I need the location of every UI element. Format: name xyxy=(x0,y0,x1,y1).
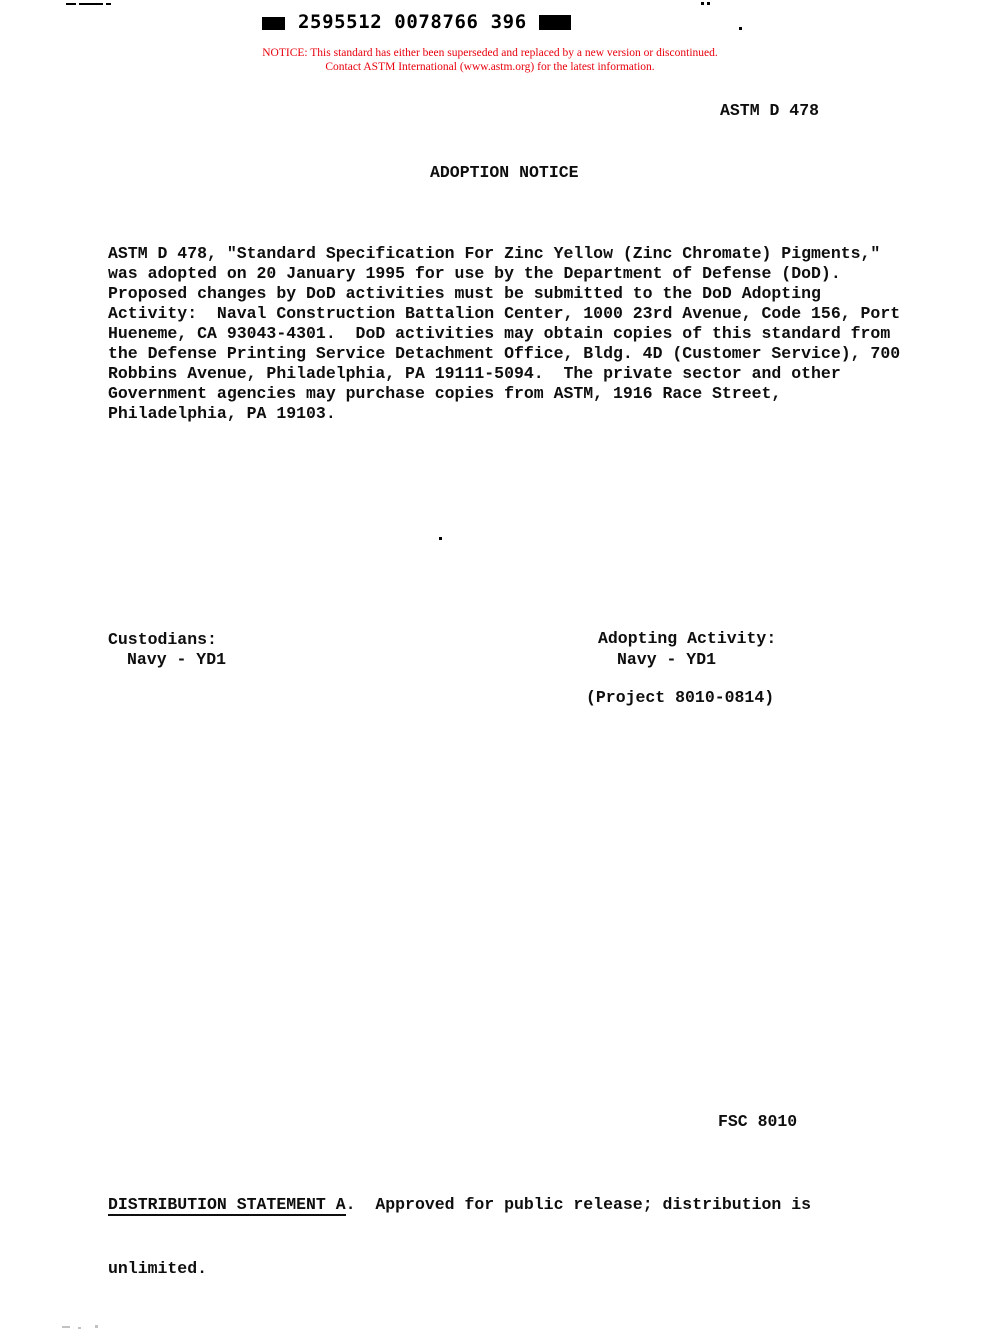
custodians-label: Custodians: xyxy=(108,630,217,650)
adopting-activity-label: Adopting Activity: xyxy=(598,629,776,649)
scan-artifact-dot xyxy=(439,537,442,540)
scan-code-right-block xyxy=(539,15,571,30)
fsc-code: FSC 8010 xyxy=(718,1112,797,1132)
distribution-statement-title: DISTRIBUTION STATEMENT A xyxy=(108,1195,346,1216)
body-paragraph: ASTM D 478, "Standard Specification For … xyxy=(108,244,938,424)
scan-artifact-dot xyxy=(62,1326,70,1328)
distribution-statement-rest: . Approved for public release; distribut… xyxy=(346,1195,811,1214)
scan-artifact-dot xyxy=(701,2,704,5)
superseded-notice-line1: NOTICE: This standard has either been su… xyxy=(170,46,810,60)
scan-artifact-dot xyxy=(78,1327,81,1329)
scan-code-left-block xyxy=(262,17,285,30)
superseded-notice: NOTICE: This standard has either been su… xyxy=(170,46,810,74)
scan-artifact-dot xyxy=(707,2,710,5)
scan-artifact-dot xyxy=(95,1325,98,1328)
custodians-value: Navy - YD1 xyxy=(127,650,226,670)
distribution-statement: DISTRIBUTION STATEMENT A. Approved for p… xyxy=(108,1152,811,1321)
scan-artifact-dot xyxy=(739,27,742,30)
scan-artifact-dashes xyxy=(66,3,114,21)
doc-number: ASTM D 478 xyxy=(720,101,819,121)
document-page: 2595512 0078766 396 NOTICE: This standar… xyxy=(0,0,1006,1336)
distribution-statement-line2: unlimited. xyxy=(108,1258,811,1279)
adopting-activity-value: Navy - YD1 xyxy=(617,650,716,670)
page-title: ADOPTION NOTICE xyxy=(430,163,579,183)
superseded-notice-line2: Contact ASTM International (www.astm.org… xyxy=(170,60,810,74)
scan-code-number: 2595512 0078766 396 xyxy=(298,11,527,33)
distribution-statement-line1: DISTRIBUTION STATEMENT A. Approved for p… xyxy=(108,1194,811,1216)
project-number: (Project 8010-0814) xyxy=(586,688,774,708)
